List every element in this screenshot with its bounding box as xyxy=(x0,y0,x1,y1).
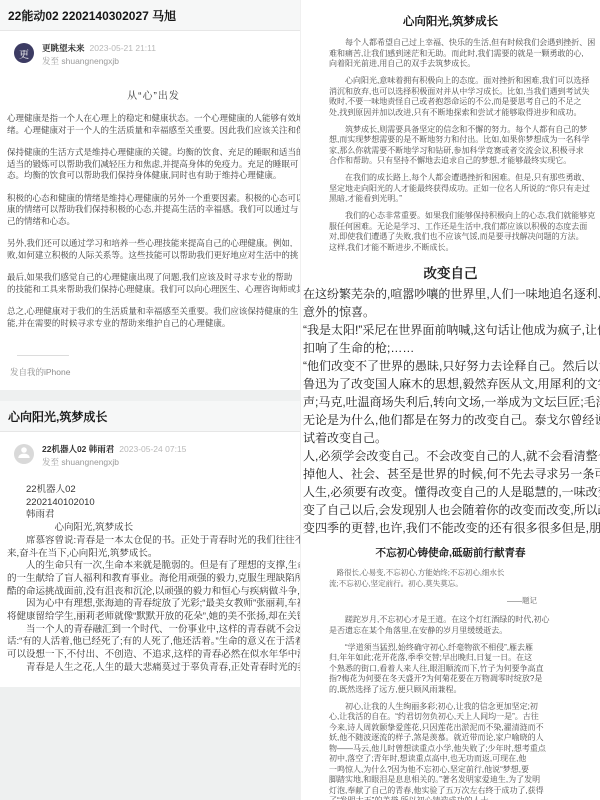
text-line: 试着改变自己。 xyxy=(303,429,600,447)
text-line: 声;马克,吐温商场失利后,转向文场,一举成为文坛巨匠;毛泽东 xyxy=(303,393,600,411)
paragraph: 在我们的成长路上,每个人都会遭遇挫折和困难。但是,只有那些勇敢、坚定地走向阳光的… xyxy=(301,173,600,205)
text-line: 人,必须学会改变自己。不会改变自己的人,就不会看清整个世界 xyxy=(303,447,600,465)
text-line: 黑暗,才能看到光明。” xyxy=(329,194,600,205)
paragraph: 初心,让我的人生绚丽多彩;初心,让我的信念更加坚定;初心,让我活的自在。“约君切… xyxy=(301,702,600,800)
text-line: 蹉跎岁月,不忘初心才是王道。在这个灯红酒绿的时代,初心 xyxy=(329,615,600,626)
paragraph: 蹉跎岁月,不忘初心才是王道。在这个灯红酒绿的时代,初心是否遗忘在某个角落里,在安… xyxy=(301,615,600,636)
text-line: 人生,必须要有改变。懂得改变自己的人是聪慧的,一味改变别人 xyxy=(303,483,600,501)
text-line: 意外的惊喜。 xyxy=(303,303,600,321)
essay-heading-1: 心向阳光,筑梦成长 xyxy=(301,13,600,29)
text-line: 坚定地走向阳光的人才能最终获得成功。正如一位名人所说的:“你只有走过 xyxy=(329,184,600,195)
text-line: 能,并在需要的时候寻求专业的帮助来维护自己的心理健康。 xyxy=(7,318,300,330)
text-line: 席慕容曾说:青春是一本太仓促的书。正处于青春时光的我们往往不会注意 xyxy=(7,535,300,548)
essay1-paragraphs: 每个人都希望自己过上幸福、快乐的生活,但有时候我们会遇到挫折、困难和痛苦,让我们… xyxy=(301,38,600,253)
text-line: 将健康留给学生,丽莉老师就像“默默开放的花朵”,她的美不张扬,却在关键时刻 xyxy=(7,611,300,624)
text-line: 对,即使我们遭遇了失败,我们也不应该气馁,而是要寻找解决问题的方法。 xyxy=(329,232,600,243)
text-line: 绪。心理健康对于一个人的生活质量和幸福感至关重要。因此我们应该关注和保 xyxy=(7,125,300,137)
text-line: 变了自己以后,会发现别人也会随着你的改变而改变,所以改变, xyxy=(303,501,600,519)
text-line: 灯泡,奉献了自己的青春,他实验了五万次左右终于成功了,获得 xyxy=(329,786,600,797)
text-line: 流;不忘初心,坚定前行。初心,莫失莫忘。 xyxy=(329,578,537,589)
post1-title: 22能动02 2202140302027 马旭 xyxy=(0,0,300,31)
text-line: 消沉和放弃,也可以选择积极面对并从中学习成长。比如,当我们遇到考试失 xyxy=(329,87,600,98)
text-line: 个熟悉的街口,看着人来人往,眼泪顺流而下,竹子为何要争高直 xyxy=(329,664,600,675)
sender1-avatar: 更 xyxy=(14,43,34,63)
paragraph: 心向阳光,意味着拥有积极向上的态度。面对挫折和困难,我们可以选择消沉和放弃,也可… xyxy=(301,76,600,118)
text-line: 的技能和工具来帮助我们保持心理健康。我们可以向心理医生、心理咨询师或其 xyxy=(7,284,300,296)
email1-timestamp: 2023-05-21 21:11 xyxy=(90,43,156,53)
text-line: 物——马云,他儿时曾想读重点小学,他失败了;少年时,想考重点 xyxy=(329,744,600,755)
essay-heading-3: 不忘初心铸使命,砥砺前行献青春 xyxy=(301,545,600,560)
text-line: 妖,他不随波逐流的样子,煞是羡慕。就近带而论,家户喻晓的人 xyxy=(329,733,600,744)
text-line: 韩雨君 xyxy=(7,509,300,522)
avatar-char: 更 xyxy=(19,46,29,61)
sender2-name: 22机器人02 韩雨君 xyxy=(42,444,114,454)
paragraph: 另外,我们还可以通过学习和培养一些心理技能来提高自己的心理健康。例如,败,如何建… xyxy=(7,238,300,261)
text-line: 归,年年如此;花开花落,季季交替;早出晚归,日复一日。在这 xyxy=(329,653,600,664)
paragraph: 积极的心态和健康的情绪是维持心理健康的另外一个重要因素。积极的心态可以康的情绪可… xyxy=(7,193,300,228)
text-line: 处,找到原因并加以改进,只有不断地探索和尝试才能够取得进步和成功。 xyxy=(329,108,600,119)
iphone-signature: 发自我的iPhone xyxy=(7,366,300,378)
text-line: 酷的命运挑战面前,没有沮丧和沉沦,以顽强的毅力和恒心与疾病做斗争,经受了 xyxy=(7,586,300,599)
epigraph-attribution: ——题记 xyxy=(329,595,537,606)
text-line: “学道须当猛烈,始终确守初心,纤毫物欲不相侵”,雁去雁 xyxy=(329,643,600,654)
left-column: 22能动02 2202140302027 马旭 更 更眺望未来2023-05-2… xyxy=(0,0,300,800)
text-line: “我是太阳!”采尼在世界面前呐喊,这句话让他成为疯子,让他在世 xyxy=(303,321,600,339)
essay2-lines: 在这纷繁芜杂的,喧嚣吵嚷的世界里,人们一味地追名逐利、勾心意外的惊喜。“我是太阳… xyxy=(301,285,600,537)
column-gap xyxy=(0,390,300,401)
essay3-epigraph: 路很长,心易变,不忘初心,方能始终;不忘初心,细水长流;不忘初心,坚定前行。初心… xyxy=(329,567,537,589)
sender2-row: 22机器人02 韩雨君2023-05-24 07:15 xyxy=(42,444,186,455)
email1-recipient: 发至 shuangnengxjb xyxy=(42,56,156,67)
sender1-name: 更眺望未来 xyxy=(42,43,85,53)
text-line: 败时,不要一味地责怪自己或者抱怨命运的不公,而是要思考自己的不足之 xyxy=(329,97,600,108)
email2-body: 22机器人02 2202140102010 韩雨君 心向阳光,筑梦成长 席慕容曾… xyxy=(7,478,300,675)
text-line: 话:“有的人活着,他已经死了;有的人死了,他还活着。”生命的意义在于活着,那 xyxy=(7,636,300,649)
text-line: 积极的心态和健康的情绪是维持心理健康的另外一个重要因素。积极的心态可以 xyxy=(7,193,300,205)
text-line: 难和痛苦,让我们感到迷茫和无助。而此时,我们需要的就是一颗勇敢的心, xyxy=(329,49,600,60)
paragraph: 我们的心态非常重要。如果我们能够保持积极向上的心态,我们就能够克服任何困难。无论… xyxy=(301,211,600,253)
text-line: 己的情绪和心态。 xyxy=(7,216,300,228)
text-line: 总之,心理健康对于我们的生活质量和幸福感至关重要。我们应该保持健康的生 xyxy=(7,306,300,318)
sender2-avatar xyxy=(14,444,34,464)
text-line: 无论是为什么,他们都是在努力的改变自己。泰戈尔曾经说过:“我 xyxy=(303,411,600,429)
text-line: 因为心中有理想,张海迪的青春绽放了光彩;“最美女教师”张丽莉,车祸瞬间 xyxy=(7,598,300,611)
essay1-left-heading: 从“心”出发 xyxy=(7,87,300,102)
text-line: 康的情绪可以帮助我们保持积极的心态,并提高生活的幸福感。我们可以通过与 xyxy=(7,204,300,216)
text-line: 态。均衡的饮食可以帮助我们保持身体健康,同时也有助于维持心理健康。 xyxy=(7,170,300,182)
email1-header[interactable]: 更 更眺望未来2023-05-21 21:11 发至 shuangnengxjb xyxy=(7,37,300,77)
text-line: 合作和帮助。只有坚持不懈地去追求自己的梦想,才能够最终实现它。 xyxy=(329,156,600,167)
text-line: 这样,我们才能不断进步,不断成长。 xyxy=(329,243,600,254)
text-line: 心向阳光,意味着拥有积极向上的态度。面对挫折和困难,我们可以选择 xyxy=(329,76,600,87)
text-line: 服任何困难。无论是学习、工作还是生活中,我们都应该以积极的态度去面 xyxy=(329,222,600,233)
email1-meta: 更眺望未来2023-05-21 21:11 发至 shuangnengxjb xyxy=(42,43,156,67)
text-line: 今来,诗人周敦颐挚爱莲花,只因莲花出淤泥而不染,濯清涟而不 xyxy=(329,723,600,734)
paragraph: 总之,心理健康对于我们的生活质量和幸福感至关重要。我们应该保持健康的生能,并在需… xyxy=(7,306,300,329)
email2-recipient: 发至 shuangnengxjb xyxy=(42,457,186,468)
text-line: 路很长,心易变,不忘初心,方能始终;不忘初心,细水长 xyxy=(329,567,537,578)
text-line: 人的生命只有一次,生命本来就是脆弱的。但是有了理想的支撑,生命就可 xyxy=(7,560,300,573)
text-line: 心,让我活的自在。“约君切勿负初心,天上人间均一是”。古往 xyxy=(329,712,600,723)
email1-body: 心理健康是指一个人在心理上的稳定和健康状态。一个心理健康的人能够有效地绪。心理健… xyxy=(7,113,300,329)
text-line: 一鸣惊人,为什么?因为他不忘初心,坚定前行,他说“梦想,要 xyxy=(329,765,600,776)
text-line: 在这纷繁芜杂的,喧嚣吵嚷的世界里,人们一味地追名逐利、勾心 xyxy=(303,285,600,303)
text-line: 当一个人的青春融汇到一个时代、一份事业中,这样的青春就不会远去,而这 xyxy=(7,624,300,637)
text-line: 22机器人02 xyxy=(7,484,300,497)
text-line: 来,奋斗在当下,心向阳光,筑梦成长。 xyxy=(7,548,300,561)
text-line: 的一生献给了盲人福利和教育事业。海伦用顽强的毅力,克服生理缺陷所造成的精 xyxy=(7,573,300,586)
text-line: 在我们的成长路上,每个人都会遭遇挫折和困难。但是,只有那些勇敢、 xyxy=(329,173,600,184)
text-line: 初中,落空了;青年时,想读重点高中,也无功而返,可现在,他 xyxy=(329,754,600,765)
text-line: 是否遗忘在某个角落里,在安静的岁月里缓缓逝去。 xyxy=(329,626,600,637)
paragraph: 心理健康是指一个人在心理上的稳定和健康状态。一个心理健康的人能够有效地绪。心理健… xyxy=(7,113,300,136)
text-line: 了“发明大王”的美誉,所以初心铸造成功的人士。 xyxy=(329,796,600,800)
email-card-2: 22机器人02 韩雨君2023-05-24 07:15 发至 shuangnen… xyxy=(0,432,300,687)
paragraph: “学道须当猛烈,始终确守初心,纤毫物欲不相侵”,雁去雁归,年年如此;花开花落,季… xyxy=(301,643,600,696)
sender1-row: 更眺望未来2023-05-21 21:11 xyxy=(42,43,156,54)
signature-divider xyxy=(17,355,69,356)
text-line: 每个人都希望自己过上幸福、快乐的生活,但有时候我们会遇到挫折、困 xyxy=(329,38,600,49)
text-line: 想,而实现梦想需要的是不断地努力和付出。比如,如果你梦想成为一名科学 xyxy=(329,135,600,146)
text-line: 2202140102010 xyxy=(7,497,300,510)
essay3-paragraphs: 蹉跎岁月,不忘初心才是王道。在这个灯红酒绿的时代,初心是否遗忘在某个角落里,在安… xyxy=(301,615,600,800)
person-icon xyxy=(16,444,32,464)
text-line: 可以设想一下,不付出、不创造、不追求,这样的青春必然在似水年华中渐渐老去 xyxy=(7,649,300,662)
text-line: 变四季的更替,也许,我们不能改变的还有很多很多但是,朋友, xyxy=(303,519,600,537)
post2-title: 心向阳光,筑梦成长 xyxy=(0,401,300,432)
email2-header[interactable]: 22机器人02 韩雨君2023-05-24 07:15 发至 shuangnen… xyxy=(7,438,300,478)
paragraph: 每个人都希望自己过上幸福、快乐的生活,但有时候我们会遇到挫折、困难和痛苦,让我们… xyxy=(301,38,600,70)
text-line: 青春是人生之花,人生的最大悲痛莫过于辜负青春,正处青春时光的我们应该 xyxy=(7,662,300,675)
text-line: 最后,如果我们感觉自己的心理健康出现了问题,我们应该及时寻求专业的帮助 xyxy=(7,272,300,284)
text-line: 家,那么你就需要不断地学习和钻研,参加科学竞赛或者交流会议,积极寻求 xyxy=(329,146,600,157)
essay-heading-2: 改变自己 xyxy=(301,262,600,282)
text-line: 筑梦成长,则需要具备坚定的信念和不懈的努力。每个人都有自己的梦 xyxy=(329,125,600,136)
text-line: “他们改变不了世界的愚昧,只好努力去诠释自己。然后以世纪早 xyxy=(303,357,600,375)
text-line: 的,既然选择了远方,便只顾风雨兼程。 xyxy=(329,685,600,696)
text-line: 脚踏实地,和眼泪是息息相关的。”著名发明家爱迪生,为了发明 xyxy=(329,775,600,786)
right-column: 心向阳光,筑梦成长 每个人都希望自己过上幸福、快乐的生活,但有时候我们会遇到挫折… xyxy=(300,0,600,800)
text-line: 指?梅花为何要在冬天盛开?为何菊花要在万物凋零时绽放?是 xyxy=(329,674,600,685)
email2-meta: 22机器人02 韩雨君2023-05-24 07:15 发至 shuangnen… xyxy=(42,444,186,468)
paragraph: 最后,如果我们感觉自己的心理健康出现了问题,我们应该及时寻求专业的帮助的技能和工… xyxy=(7,272,300,295)
text-line: 心理健康是指一个人在心理上的稳定和健康状态。一个心理健康的人能够有效地 xyxy=(7,113,300,125)
text-line: 初心,让我的人生绚丽多彩;初心,让我的信念更加坚定;初 xyxy=(329,702,600,713)
text-line: 向着阳光前进,用自己的双手去筑梦成长。 xyxy=(329,59,600,70)
text-line: 另外,我们还可以通过学习和培养一些心理技能来提高自己的心理健康。例如, xyxy=(7,238,300,250)
paragraph: 保持健康的生活方式是维持心理健康的关键。均衡的饮食、充足的睡眠和适当的适当的锻炼… xyxy=(7,147,300,182)
text-line: 适当的锻炼可以帮助我们减轻压力和焦虑,并提高身体的免疫力。充足的睡眠可 xyxy=(7,159,300,171)
text-line: 掉他人、社会、甚至是世界的时候,何不先去寻求另一条可以做到 xyxy=(303,465,600,483)
text-line: 鲁迅为了改变国人麻木的思想,毅然弃医从文,用犀利的文字,写 xyxy=(303,375,600,393)
text-line: 我们的心态非常重要。如果我们能够保持积极向上的心态,我们就能够克 xyxy=(329,211,600,222)
paragraph: 筑梦成长,则需要具备坚定的信念和不懈的努力。每个人都有自己的梦想,而实现梦想需要… xyxy=(301,125,600,167)
email-card-1: 更 更眺望未来2023-05-21 21:11 发至 shuangnengxjb… xyxy=(0,31,300,390)
screenshot-collage: 22能动02 2202140302027 马旭 更 更眺望未来2023-05-2… xyxy=(0,0,600,800)
text-line: 保持健康的生活方式是维持心理健康的关键。均衡的饮食、充足的睡眠和适当的 xyxy=(7,147,300,159)
email2-timestamp: 2023-05-24 07:15 xyxy=(119,444,186,454)
text-line: 败,如何建立积极的人际关系等。这些技能可以帮助我们更好地应对生活中的挑 xyxy=(7,250,300,262)
text-line: 扣响了生命的枪;…… xyxy=(303,339,600,357)
text-line: 心向阳光,筑梦成长 xyxy=(7,522,300,535)
